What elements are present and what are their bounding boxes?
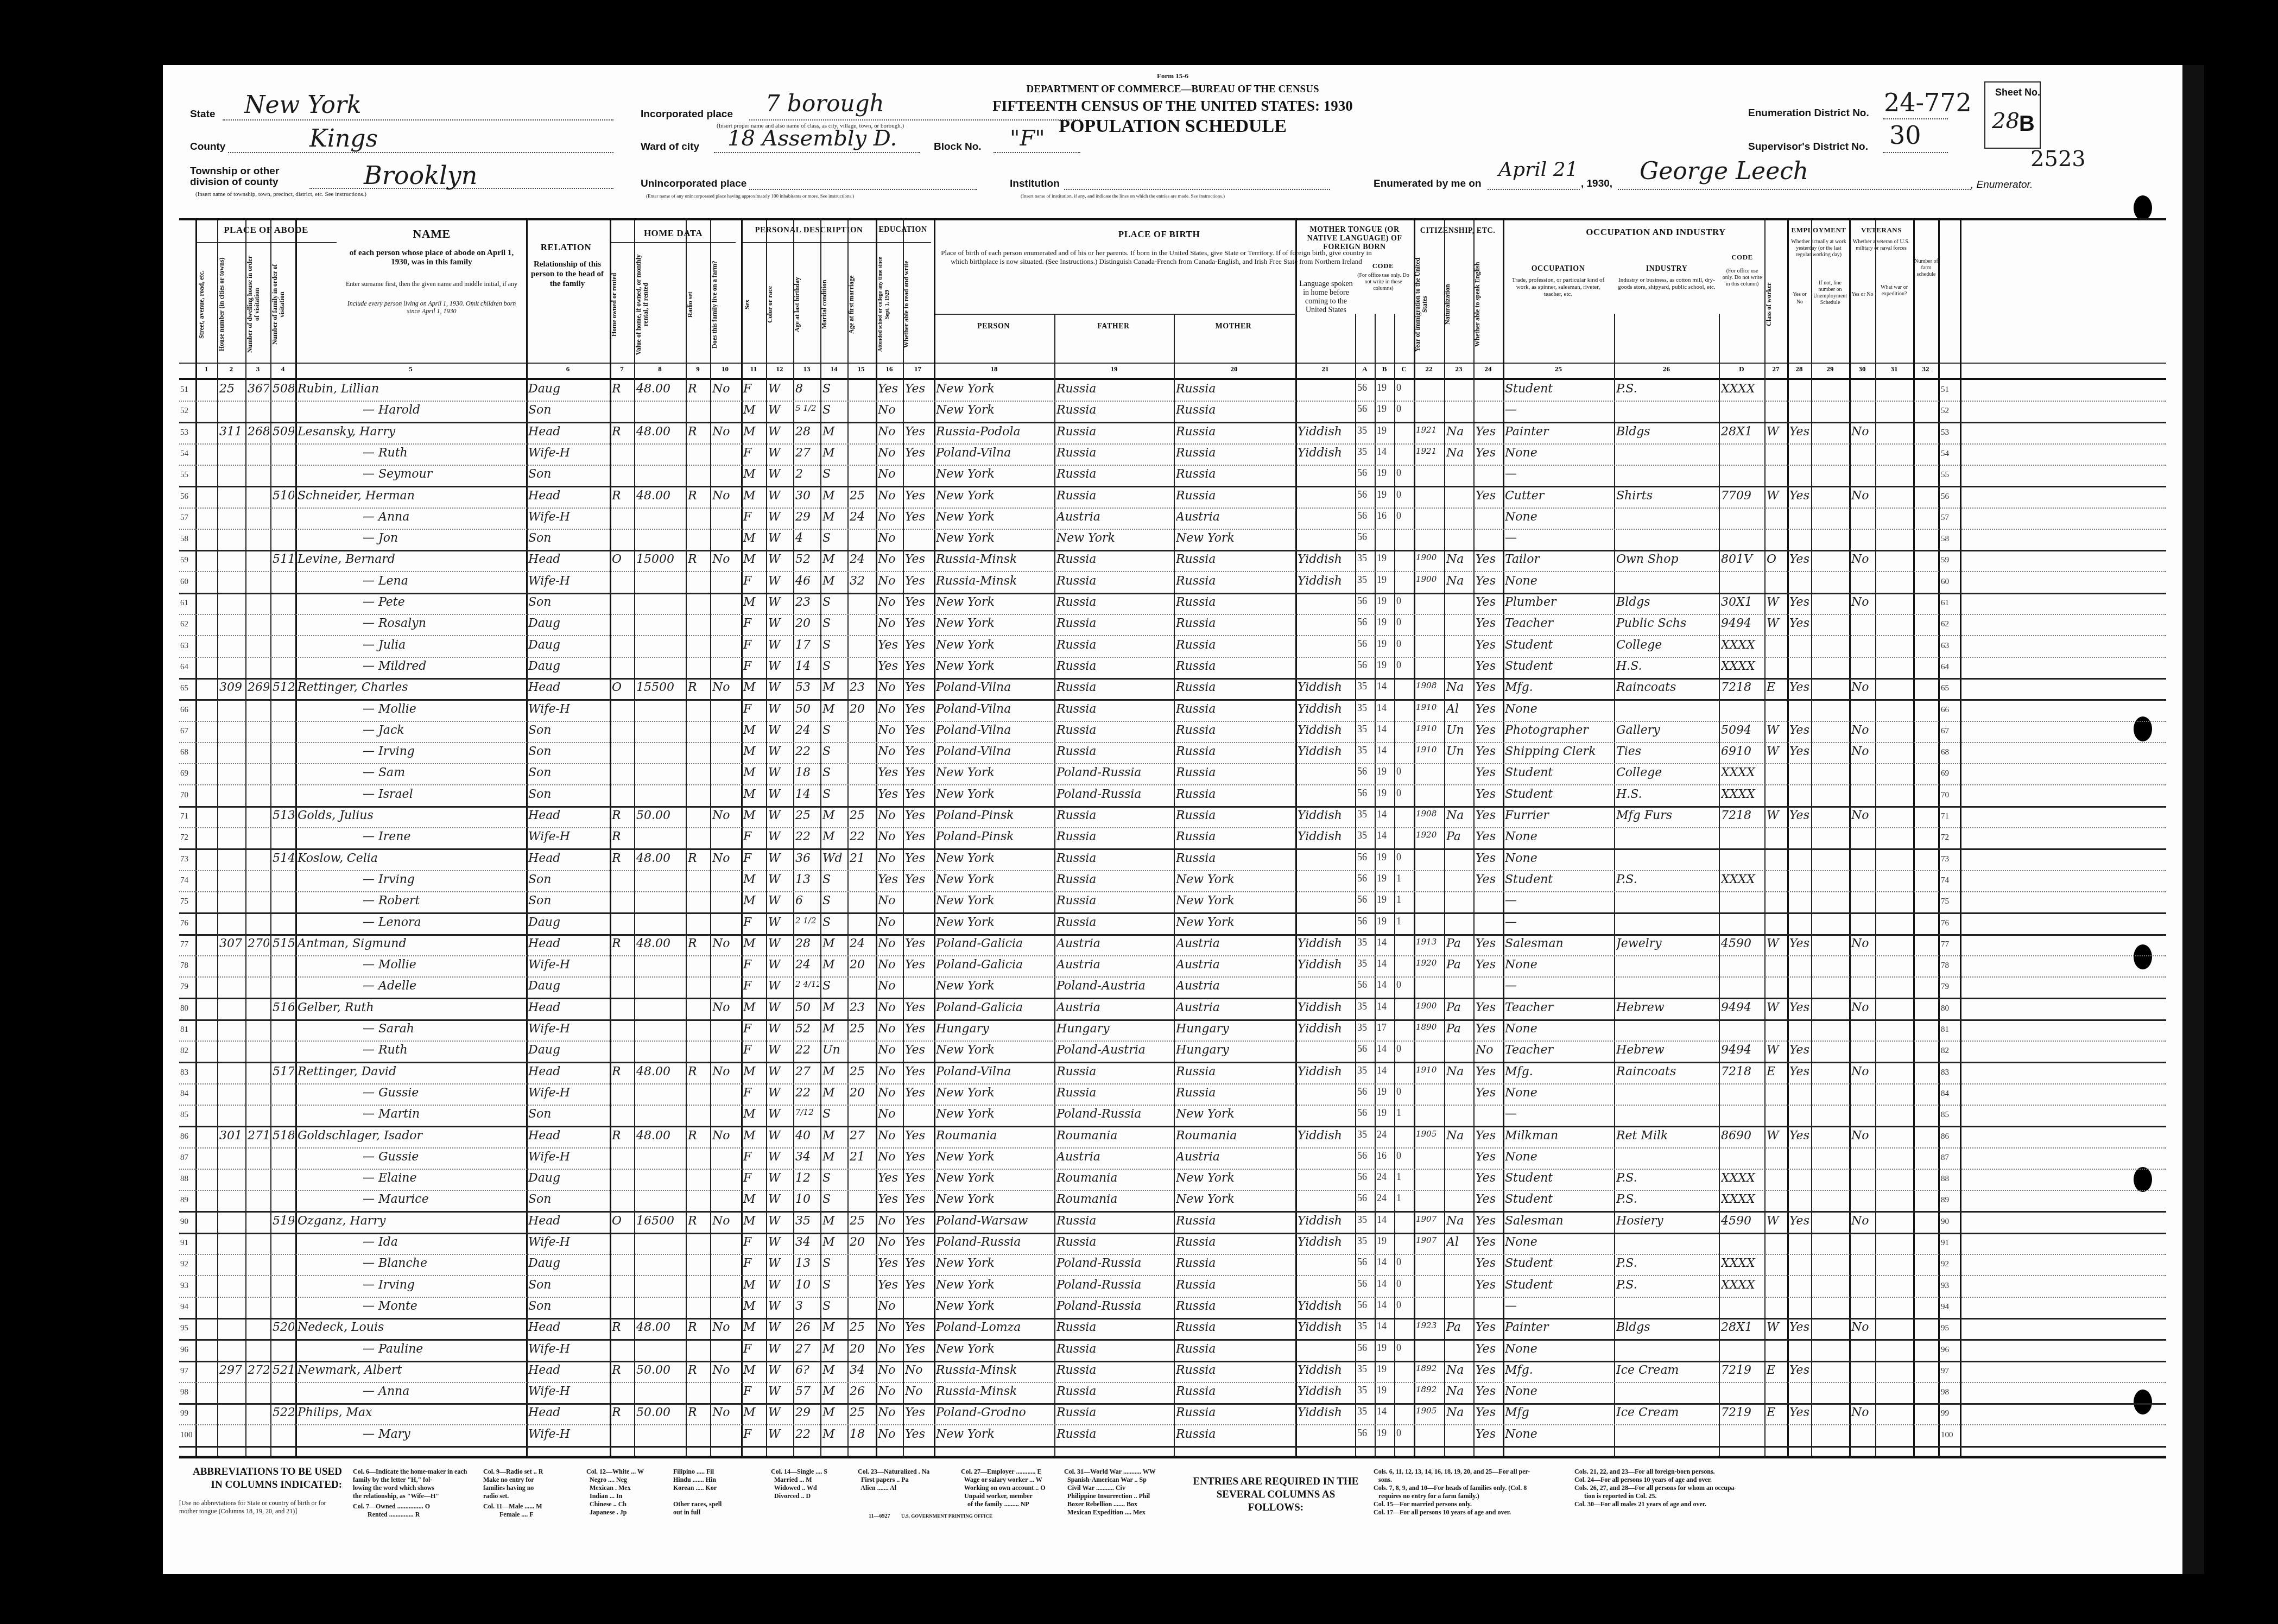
cell-age[interactable]: 25 <box>795 809 819 822</box>
cell-ind[interactable]: Raincoats <box>1616 1065 1718 1079</box>
cell-tongue[interactable]: Yiddish <box>1298 724 1354 737</box>
cell-tongue[interactable]: Yiddish <box>1298 574 1354 588</box>
cell-own[interactable]: R <box>612 1363 633 1377</box>
cell-race[interactable]: W <box>768 659 792 673</box>
cell-read[interactable]: Yes <box>905 724 932 737</box>
cell-value[interactable]: 48.00 <box>636 1129 685 1143</box>
cell-sch[interactable]: No <box>878 425 902 439</box>
cell-sex[interactable]: F <box>743 659 765 673</box>
cell-house[interactable]: 309 <box>219 681 244 694</box>
cell-occ[interactable]: Salesman <box>1505 937 1613 950</box>
cell-bpm[interactable]: Roumania <box>1176 1129 1293 1143</box>
cell-imm[interactable]: 1910 <box>1416 1065 1443 1075</box>
cell-sch[interactable]: Yes <box>878 382 902 396</box>
cell-age[interactable]: 13 <box>795 873 819 886</box>
cell-eng[interactable]: Yes <box>1476 1214 1502 1228</box>
cell-read[interactable]: Yes <box>905 574 932 588</box>
cell-age[interactable]: 10 <box>795 1278 819 1292</box>
cell-mar[interactable]: S <box>822 617 846 630</box>
cell-race[interactable]: W <box>768 446 792 460</box>
cell-b[interactable]: 19 <box>1377 788 1393 799</box>
cell-sex[interactable]: F <box>743 446 765 460</box>
cell-b[interactable]: 19 <box>1377 1086 1393 1098</box>
cell-bpf[interactable]: Russia <box>1056 894 1173 908</box>
cell-mar[interactable]: S <box>822 595 846 609</box>
cell-value[interactable]: 15000 <box>636 553 685 566</box>
cell-mar[interactable]: S <box>822 766 846 779</box>
cell-value[interactable]: 15500 <box>636 681 685 694</box>
cell-sch[interactable]: No <box>878 595 902 609</box>
cell-occ[interactable]: None <box>1505 852 1613 865</box>
cell-rel[interactable]: Daug <box>528 1043 609 1057</box>
cell-bp[interactable]: New York <box>936 617 1053 630</box>
cell-ind[interactable]: Jewelry <box>1616 937 1718 950</box>
cell-c[interactable]: 0 <box>1396 489 1413 500</box>
cell-agem[interactable]: 25 <box>850 1065 874 1079</box>
cell-eng[interactable]: Yes <box>1476 1086 1502 1100</box>
cell-age[interactable]: 29 <box>795 510 819 524</box>
cell-race[interactable]: W <box>768 766 792 779</box>
cell-bp[interactable]: New York <box>936 531 1053 545</box>
cell-sch[interactable]: Yes <box>878 1257 902 1270</box>
cell-value[interactable]: 48.00 <box>636 382 685 396</box>
cell-family[interactable]: 512 <box>273 681 294 694</box>
cell-mar[interactable]: M <box>822 1428 846 1441</box>
cell-rel[interactable]: Son <box>528 724 609 737</box>
cell-sex[interactable]: F <box>743 382 765 396</box>
cell-c[interactable]: 0 <box>1396 1342 1413 1354</box>
cell-sex[interactable]: M <box>743 595 765 609</box>
cell-race[interactable]: W <box>768 403 792 417</box>
cell-rel[interactable]: Head <box>528 1363 609 1377</box>
cell-name[interactable]: Newmark, Albert <box>298 1363 525 1377</box>
cell-eng[interactable]: Yes <box>1476 1129 1502 1143</box>
cell-tongue[interactable]: Yiddish <box>1298 937 1354 950</box>
cell-farm[interactable]: No <box>712 1129 739 1143</box>
cell-race[interactable]: W <box>768 1321 792 1334</box>
cell-bpm[interactable]: Russia <box>1176 1385 1293 1398</box>
cell-sch[interactable]: No <box>878 1107 902 1121</box>
cell-agem[interactable]: 24 <box>850 937 874 950</box>
cell-bpm[interactable]: Russia <box>1176 595 1293 609</box>
cell-dwelling[interactable]: 271 <box>248 1129 269 1143</box>
cell-own[interactable]: R <box>612 489 633 503</box>
cell-sex[interactable]: F <box>743 1385 765 1398</box>
cell-a[interactable]: 56 <box>1357 1192 1374 1204</box>
cell-house[interactable]: 307 <box>219 937 244 950</box>
cell-b[interactable]: 14 <box>1377 1278 1393 1290</box>
cell-bpf[interactable]: Russia <box>1056 1406 1173 1419</box>
cell-occ[interactable]: Cutter <box>1505 489 1613 503</box>
cell-sex[interactable]: M <box>743 1129 765 1143</box>
cell-sex[interactable]: F <box>743 1086 765 1100</box>
cell-eng[interactable]: Yes <box>1476 1363 1502 1377</box>
cell-farm[interactable]: No <box>712 382 739 396</box>
cell-eng[interactable]: Yes <box>1476 937 1502 950</box>
cell-b[interactable]: 19 <box>1377 873 1393 884</box>
cell-bp[interactable]: New York <box>936 1086 1053 1100</box>
cell-vet[interactable]: No <box>1851 1129 1874 1143</box>
cell-imm[interactable]: 1908 <box>1416 681 1443 690</box>
cell-race[interactable]: W <box>768 873 792 886</box>
cell-sex[interactable]: F <box>743 574 765 588</box>
cell-own[interactable]: O <box>612 1214 633 1228</box>
cell-occ[interactable]: — <box>1505 403 1613 417</box>
cell-cls[interactable]: W <box>1767 809 1786 822</box>
cell-mar[interactable]: S <box>822 403 846 417</box>
cell-eng[interactable]: Yes <box>1476 809 1502 822</box>
cell-sex[interactable]: M <box>743 894 765 908</box>
cell-bpm[interactable]: Russia <box>1176 1235 1293 1249</box>
cell-age[interactable]: 57 <box>795 1385 819 1398</box>
cell-family[interactable]: 516 <box>273 1001 294 1014</box>
cell-age[interactable]: 26 <box>795 1321 819 1334</box>
cell-a[interactable]: 35 <box>1357 1065 1374 1076</box>
cell-farm[interactable]: No <box>712 809 739 822</box>
cell-sch[interactable]: No <box>878 403 902 417</box>
cell-eng[interactable]: Yes <box>1476 873 1502 886</box>
cell-c[interactable]: 1 <box>1396 873 1413 884</box>
cell-imm[interactable]: 1900 <box>1416 1001 1443 1011</box>
cell-a[interactable]: 56 <box>1357 1150 1374 1162</box>
cell-sex[interactable]: F <box>743 958 765 972</box>
cell-read[interactable]: Yes <box>905 702 932 716</box>
cell-name[interactable]: Schneider, Herman <box>298 489 525 503</box>
cell-race[interactable]: W <box>768 1385 792 1398</box>
cell-eng[interactable]: Yes <box>1476 1150 1502 1164</box>
cell-b[interactable]: 19 <box>1377 617 1393 628</box>
cell-sex[interactable]: F <box>743 1235 765 1249</box>
cell-race[interactable]: W <box>768 1107 792 1121</box>
cell-bp[interactable]: New York <box>936 595 1053 609</box>
cell-sex[interactable]: M <box>743 745 765 758</box>
cell-bpf[interactable]: Russia <box>1056 638 1173 652</box>
cell-imm[interactable]: 1913 <box>1416 937 1443 947</box>
cell-ind[interactable]: P.S. <box>1616 873 1718 886</box>
cell-b[interactable]: 14 <box>1377 1214 1393 1226</box>
cell-value[interactable]: 48.00 <box>636 852 685 865</box>
cell-ind[interactable]: P.S. <box>1616 1278 1718 1292</box>
cell-sex[interactable]: F <box>743 979 765 993</box>
cell-bp[interactable]: New York <box>936 894 1053 908</box>
cell-sex[interactable]: M <box>743 403 765 417</box>
cell-eng[interactable]: Yes <box>1476 617 1502 630</box>
cell-a[interactable]: 35 <box>1357 1406 1374 1417</box>
cell-race[interactable]: W <box>768 467 792 481</box>
cell-ind[interactable]: Bldgs <box>1616 425 1718 439</box>
cell-eng[interactable]: Yes <box>1476 1428 1502 1441</box>
cell-read[interactable]: Yes <box>905 1171 932 1185</box>
cell-b[interactable]: 17 <box>1377 1022 1393 1033</box>
cell-b[interactable]: 14 <box>1377 1257 1393 1268</box>
cell-race[interactable]: W <box>768 553 792 566</box>
cell-mar[interactable]: M <box>822 1363 846 1377</box>
cell-tongue[interactable]: Yiddish <box>1298 809 1354 822</box>
cell-mar[interactable]: S <box>822 382 846 396</box>
cell-race[interactable]: W <box>768 724 792 737</box>
cell-sex[interactable]: M <box>743 1406 765 1419</box>
cell-rel[interactable]: Head <box>528 553 609 566</box>
cell-c[interactable]: 0 <box>1396 979 1413 991</box>
cell-nat[interactable]: Pa <box>1446 1001 1472 1014</box>
cell-name[interactable]: Gelber, Ruth <box>298 1001 525 1014</box>
cell-agem[interactable]: 20 <box>850 702 874 716</box>
cell-nat[interactable]: Al <box>1446 1235 1472 1249</box>
cell-read[interactable]: Yes <box>905 958 932 972</box>
cell-age[interactable]: 5 1/2 <box>795 403 819 413</box>
cell-sex[interactable]: F <box>743 1342 765 1356</box>
cell-value[interactable]: 50.00 <box>636 1363 685 1377</box>
cell-b[interactable]: 19 <box>1377 638 1393 650</box>
cell-occ[interactable]: Photographer <box>1505 724 1613 737</box>
cell-occ[interactable]: None <box>1505 1235 1613 1249</box>
cell-race[interactable]: W <box>768 1043 792 1057</box>
cell-read[interactable]: Yes <box>905 659 932 673</box>
cell-cls[interactable]: W <box>1767 937 1786 950</box>
cell-bpf[interactable]: Russia <box>1056 403 1173 417</box>
cell-race[interactable]: W <box>768 958 792 972</box>
cell-farm[interactable]: No <box>712 1214 739 1228</box>
cell-sch[interactable]: Yes <box>878 788 902 801</box>
cell-code[interactable]: 7219 <box>1721 1406 1763 1419</box>
cell-bp[interactable]: Poland-Lomza <box>936 1321 1053 1334</box>
cell-b[interactable]: 19 <box>1377 1235 1393 1247</box>
cell-bpf[interactable]: Poland-Russia <box>1056 1278 1173 1292</box>
cell-ind[interactable]: Bldgs <box>1616 1321 1718 1334</box>
cell-age[interactable]: 10 <box>795 1192 819 1206</box>
cell-radio[interactable]: R <box>688 1321 709 1334</box>
cell-emp[interactable]: Yes <box>1789 1406 1810 1419</box>
cell-read[interactable]: Yes <box>905 489 932 503</box>
cell-cls[interactable]: W <box>1767 745 1786 758</box>
cell-rel[interactable]: Son <box>528 788 609 801</box>
cell-c[interactable]: 0 <box>1396 1086 1413 1098</box>
cell-ind[interactable]: H.S. <box>1616 788 1718 801</box>
cell-code[interactable]: XXXX <box>1721 382 1763 396</box>
cell-mar[interactable]: M <box>822 958 846 972</box>
cell-mar[interactable]: S <box>822 659 846 673</box>
cell-bpf[interactable]: Russia <box>1056 809 1173 822</box>
cell-rel[interactable]: Head <box>528 425 609 439</box>
cell-sch[interactable]: No <box>878 1001 902 1014</box>
cell-a[interactable]: 35 <box>1357 1385 1374 1396</box>
cell-a[interactable]: 56 <box>1357 1278 1374 1290</box>
cell-occ[interactable]: Plumber <box>1505 595 1613 609</box>
cell-emp[interactable]: Yes <box>1789 489 1810 503</box>
cell-bpf[interactable]: Austria <box>1056 958 1173 972</box>
cell-a[interactable]: 56 <box>1357 617 1374 628</box>
cell-eng[interactable]: Yes <box>1476 638 1502 652</box>
cell-bpf[interactable]: Russia <box>1056 467 1173 481</box>
cell-c[interactable]: 0 <box>1396 1257 1413 1268</box>
cell-a[interactable]: 56 <box>1357 659 1374 671</box>
cell-sex[interactable]: F <box>743 916 765 929</box>
cell-rel[interactable]: Son <box>528 1299 609 1313</box>
cell-sex[interactable]: M <box>743 425 765 439</box>
cell-c[interactable]: 0 <box>1396 659 1413 671</box>
cell-read[interactable]: Yes <box>905 595 932 609</box>
cell-sex[interactable]: F <box>743 1257 765 1270</box>
cell-vet[interactable]: No <box>1851 425 1874 439</box>
cell-imm[interactable]: 1892 <box>1416 1385 1443 1394</box>
cell-rel[interactable]: Daug <box>528 617 609 630</box>
cell-code[interactable]: 5094 <box>1721 724 1763 737</box>
cell-bp[interactable]: New York <box>936 1192 1053 1206</box>
cell-agem[interactable]: 20 <box>850 958 874 972</box>
cell-eng[interactable]: Yes <box>1476 958 1502 972</box>
cell-bpm[interactable]: New York <box>1176 894 1293 908</box>
cell-age[interactable]: 50 <box>795 702 819 716</box>
cell-agem[interactable]: 20 <box>850 1342 874 1356</box>
cell-rel[interactable]: Wife-H <box>528 1385 609 1398</box>
cell-sch[interactable]: No <box>878 553 902 566</box>
cell-race[interactable]: W <box>768 894 792 908</box>
cell-code[interactable]: 28X1 <box>1721 1321 1763 1334</box>
cell-farm[interactable]: No <box>712 425 739 439</box>
cell-code[interactable]: XXXX <box>1721 1257 1763 1270</box>
cell-sex[interactable]: M <box>743 809 765 822</box>
cell-occ[interactable]: Teacher <box>1505 1001 1613 1014</box>
cell-occ[interactable]: Mfg. <box>1505 681 1613 694</box>
cell-a[interactable]: 56 <box>1357 916 1374 927</box>
cell-bpm[interactable]: Russia <box>1176 745 1293 758</box>
cell-eng[interactable]: Yes <box>1476 1171 1502 1185</box>
cell-sch[interactable]: No <box>878 937 902 950</box>
cell-rel[interactable]: Wife-H <box>528 510 609 524</box>
cell-mar[interactable]: M <box>822 681 846 694</box>
cell-ind[interactable]: Public Schs <box>1616 617 1718 630</box>
cell-sex[interactable]: F <box>743 638 765 652</box>
block-value[interactable]: "F" <box>1010 126 1045 151</box>
cell-nat[interactable]: Na <box>1446 446 1472 460</box>
cell-emp[interactable]: Yes <box>1789 553 1810 566</box>
cell-cls[interactable]: W <box>1767 1129 1786 1143</box>
cell-farm[interactable]: No <box>712 1363 739 1377</box>
cell-mar[interactable]: M <box>822 1001 846 1014</box>
cell-c[interactable]: 0 <box>1396 1150 1413 1162</box>
cell-age[interactable]: 6? <box>795 1363 819 1377</box>
cell-tongue[interactable]: Yiddish <box>1298 425 1354 439</box>
cell-nat[interactable]: Na <box>1446 809 1472 822</box>
cell-sch[interactable]: No <box>878 1150 902 1164</box>
cell-sch[interactable]: Yes <box>878 1192 902 1206</box>
cell-a[interactable]: 56 <box>1357 873 1374 884</box>
cell-mar[interactable]: S <box>822 1257 846 1270</box>
cell-read[interactable]: Yes <box>905 681 932 694</box>
cell-rel[interactable]: Wife-H <box>528 1022 609 1036</box>
cell-value[interactable]: 48.00 <box>636 425 685 439</box>
cell-age[interactable]: 34 <box>795 1235 819 1249</box>
cell-bpf[interactable]: Poland-Russia <box>1056 1299 1173 1313</box>
cell-b[interactable]: 14 <box>1377 1001 1393 1012</box>
cell-bpf[interactable]: Hungary <box>1056 1022 1173 1036</box>
cell-agem[interactable]: 18 <box>850 1428 874 1441</box>
cell-mar[interactable]: S <box>822 979 846 993</box>
cell-name[interactable]: Goldschlager, Isador <box>298 1129 525 1143</box>
cell-occ[interactable]: None <box>1505 1086 1613 1100</box>
cell-dwelling[interactable]: 270 <box>248 937 269 950</box>
cell-bp[interactable]: Hungary <box>936 1022 1053 1036</box>
cell-bp[interactable]: New York <box>936 916 1053 929</box>
county-value[interactable]: Kings <box>309 125 378 153</box>
cell-read[interactable]: Yes <box>905 1001 932 1014</box>
cell-bpm[interactable]: Russia <box>1176 553 1293 566</box>
cell-sch[interactable]: No <box>878 446 902 460</box>
cell-bpm[interactable]: Russia <box>1176 766 1293 779</box>
incorporated-value[interactable]: 7 borough <box>765 90 884 117</box>
ward-value[interactable]: 18 Assembly D. <box>727 126 897 151</box>
cell-ind[interactable]: Ice Cream <box>1616 1406 1718 1419</box>
cell-sch[interactable]: No <box>878 510 902 524</box>
cell-age[interactable]: 3 <box>795 1299 819 1313</box>
cell-age[interactable]: 27 <box>795 1342 819 1356</box>
cell-occ[interactable]: Student <box>1505 1192 1613 1206</box>
cell-cls[interactable]: W <box>1767 1214 1786 1228</box>
cell-vet[interactable]: No <box>1851 809 1874 822</box>
cell-bpm[interactable]: Austria <box>1176 510 1293 524</box>
cell-tongue[interactable]: Yiddish <box>1298 830 1354 843</box>
cell-age[interactable]: 29 <box>795 1406 819 1419</box>
cell-code[interactable]: 7709 <box>1721 489 1763 503</box>
cell-rel[interactable]: Head <box>528 809 609 822</box>
cell-agem[interactable]: 21 <box>850 1150 874 1164</box>
cell-bpf[interactable]: Russia <box>1056 724 1173 737</box>
cell-a[interactable]: 56 <box>1357 1107 1374 1119</box>
cell-sch[interactable]: No <box>878 724 902 737</box>
cell-read[interactable]: Yes <box>905 809 932 822</box>
cell-sch[interactable]: No <box>878 979 902 993</box>
cell-agem[interactable]: 25 <box>850 489 874 503</box>
cell-b[interactable]: 14 <box>1377 958 1393 969</box>
cell-code[interactable]: 801V <box>1721 553 1763 566</box>
cell-sch[interactable]: No <box>878 916 902 929</box>
cell-race[interactable]: W <box>768 788 792 801</box>
cell-bp[interactable]: Poland-Galicia <box>936 958 1053 972</box>
cell-bpf[interactable]: Russia <box>1056 617 1173 630</box>
cell-mar[interactable]: M <box>822 937 846 950</box>
cell-bp[interactable]: New York <box>936 1428 1053 1441</box>
cell-race[interactable]: W <box>768 937 792 950</box>
cell-age[interactable]: 28 <box>795 425 819 439</box>
cell-cls[interactable]: W <box>1767 595 1786 609</box>
cell-rel[interactable]: Son <box>528 595 609 609</box>
cell-c[interactable]: 0 <box>1396 1043 1413 1055</box>
cell-c[interactable]: 1 <box>1396 1192 1413 1204</box>
cell-occ[interactable]: Painter <box>1505 1321 1613 1334</box>
cell-read[interactable]: Yes <box>905 1406 932 1419</box>
cell-c[interactable]: 0 <box>1396 766 1413 777</box>
cell-vet[interactable]: No <box>1851 1001 1874 1014</box>
cell-bpf[interactable]: Russia <box>1056 702 1173 716</box>
cell-c[interactable]: 1 <box>1396 1107 1413 1119</box>
cell-b[interactable]: 16 <box>1377 510 1393 522</box>
cell-emp[interactable]: Yes <box>1789 425 1810 439</box>
cell-b[interactable]: 24 <box>1377 1192 1393 1204</box>
cell-a[interactable]: 56 <box>1357 1299 1374 1311</box>
cell-bpm[interactable]: Russia <box>1176 1406 1293 1419</box>
cell-sch[interactable]: No <box>878 1022 902 1036</box>
cell-rel[interactable]: Head <box>528 1129 609 1143</box>
cell-b[interactable]: 14 <box>1377 1321 1393 1332</box>
sd-value[interactable]: 30 <box>1889 120 1921 150</box>
cell-eng[interactable]: Yes <box>1476 1235 1502 1249</box>
cell-mar[interactable]: S <box>822 1192 846 1206</box>
cell-sch[interactable]: No <box>878 1043 902 1057</box>
cell-sch[interactable]: Yes <box>878 638 902 652</box>
cell-rel[interactable]: Wife-H <box>528 1235 609 1249</box>
cell-farm[interactable]: No <box>712 489 739 503</box>
cell-imm[interactable]: 1921 <box>1416 446 1443 456</box>
